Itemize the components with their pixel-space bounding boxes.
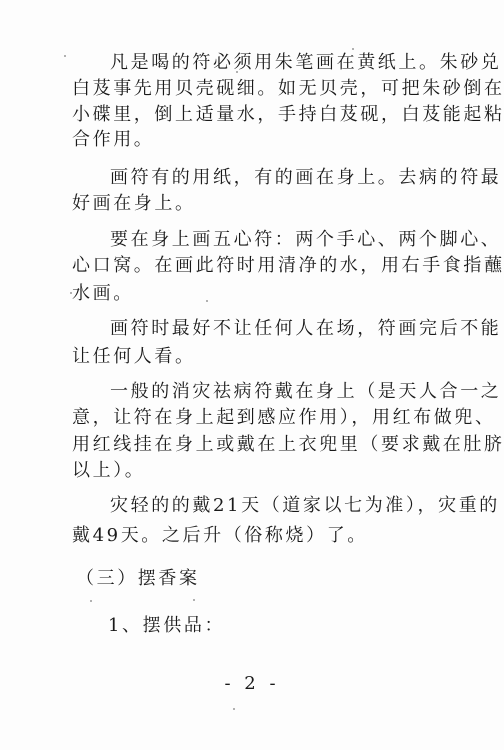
section-heading: （三）摆香案 [76, 568, 200, 590]
paragraph-1-line-3: 小碟里，倒上适量水，手持白芨砚，白芨能起粘 [72, 104, 504, 126]
paragraph-1-line-2: 白芨事先用贝壳砚细。如无贝壳，可把朱砂倒在 [72, 78, 504, 100]
paragraph-3-line-1: 要在身上画五心符：两个手心、两个脚心、 [110, 229, 501, 251]
paragraph-2-line-2: 好画在身上。 [72, 193, 196, 215]
scan-speck [236, 71, 238, 73]
scan-speck [352, 48, 354, 50]
paragraph-5-line-1: 一般的消灾祛病符戴在身上（是天人合一之 [110, 381, 501, 403]
scan-speck [233, 708, 235, 710]
paragraph-3-line-2: 心口窝。在画此符时用清净的水，用右手食指蘸 [72, 255, 504, 277]
scan-speck [90, 600, 92, 602]
scan-speck [206, 300, 208, 302]
scan-speck [64, 55, 66, 57]
paragraph-3-line-3: 水画。 [72, 283, 134, 305]
paragraph-2-line-1: 画符有的用纸，有的画在身上。去病的符最 [110, 167, 501, 189]
paragraph-6-line-2: 戴49天。之后升（俗称烧）了。 [72, 525, 368, 547]
scan-speck [193, 599, 195, 601]
subsection-heading: 1、摆供品： [108, 615, 225, 637]
scan-speck [70, 292, 72, 294]
document-page: 凡是喝的符必须用朱笔画在黄纸上。朱砂兑 白芨事先用贝壳砚细。如无贝壳，可把朱砂倒… [0, 0, 504, 750]
paragraph-4-line-2: 让任何人看。 [72, 346, 196, 368]
page-number: - 2 - [0, 673, 504, 694]
paragraph-6-line-1: 灾轻的的戴21天（道家以七为准），灾重的 [110, 495, 500, 517]
paragraph-1-line-1: 凡是喝的符必须用朱笔画在黄纸上。朱砂兑 [110, 52, 501, 74]
paragraph-5-line-4: 以上）。 [72, 460, 145, 482]
paragraph-5-line-2: 意，让符在身上起到感应作用），用红布做兜、 [72, 407, 496, 429]
paragraph-4-line-1: 画符时最好不让任何人在场，符画完后不能 [110, 318, 501, 340]
paragraph-1-line-4: 合作用。 [72, 129, 154, 151]
paragraph-5-line-3: 用红线挂在身上或戴在上衣兜里（要求戴在肚脐 [72, 434, 504, 456]
